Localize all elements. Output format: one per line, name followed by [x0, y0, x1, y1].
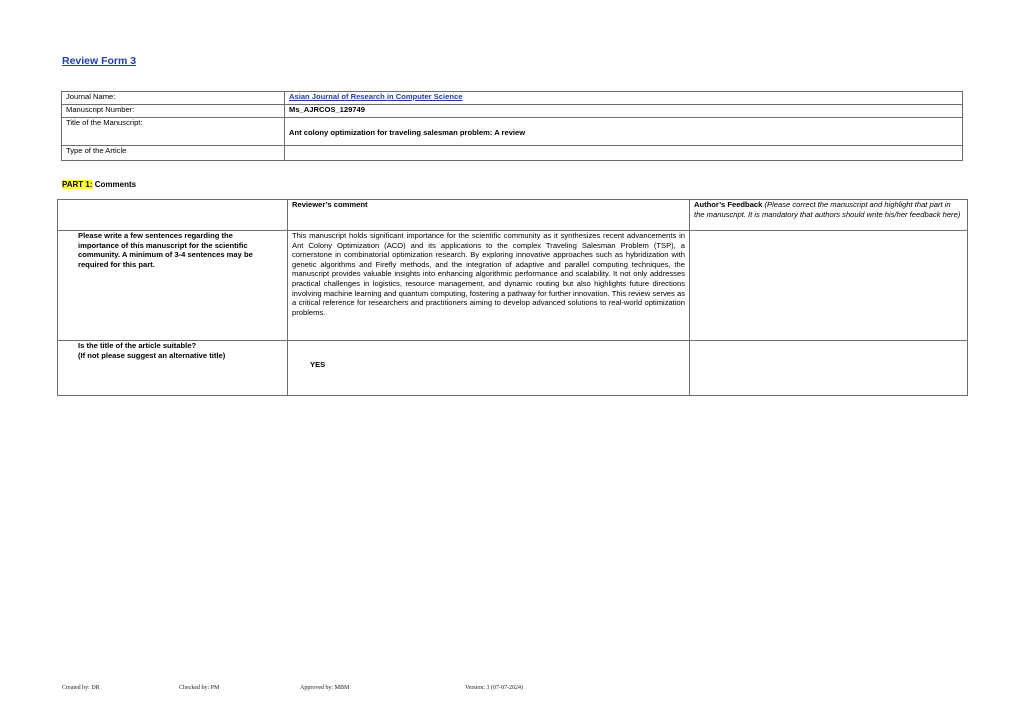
table-row: Manuscript Number: Ms_AJRCOS_129749	[62, 105, 963, 118]
manuscript-number-label: Manuscript Number:	[62, 105, 285, 118]
table-row: Journal Name: Asian Journal of Research …	[62, 92, 963, 105]
table-row: Type of the Article	[62, 146, 963, 161]
table-header-row: Reviewer’s comment Author’s Feedback (Pl…	[58, 200, 968, 231]
manuscript-title-value: Ant colony optimization for traveling sa…	[289, 118, 958, 138]
form-title: Review Form 3	[62, 55, 136, 67]
importance-question: Please write a few sentences regarding t…	[58, 231, 288, 341]
manuscript-title-label: Title of the Manuscript:	[62, 118, 285, 146]
journal-name-value: Asian Journal of Research in Computer Sc…	[285, 92, 963, 105]
part1-heading: PART 1: Comments	[62, 180, 136, 189]
footer-checked-by: Checked by: PM	[179, 685, 219, 691]
title-suitability-question: Is the title of the article suitable?(If…	[58, 341, 288, 396]
empty-header-cell	[58, 200, 288, 231]
table-row: Is the title of the article suitable?(If…	[58, 341, 968, 396]
reviewer-comment-header: Reviewer’s comment	[288, 200, 690, 231]
author-feedback-title: Author’s Feedback	[694, 200, 762, 209]
part1-title: Comments	[95, 180, 136, 189]
importance-comment: This manuscript holds significant import…	[288, 231, 690, 341]
title-question-line2: (If not please suggest an alternative ti…	[78, 351, 275, 361]
article-type-label: Type of the Article	[62, 146, 285, 161]
title-question-line1: Is the title of the article suitable?	[78, 341, 275, 351]
manuscript-title-cell: Ant colony optimization for traveling sa…	[285, 118, 963, 146]
manuscript-info-table: Journal Name: Asian Journal of Research …	[61, 91, 963, 161]
title-suitability-answer: YES	[292, 341, 685, 370]
title-suitability-feedback[interactable]	[690, 341, 968, 396]
author-feedback-header: Author’s Feedback (Please correct the ma…	[690, 200, 968, 231]
manuscript-number-value: Ms_AJRCOS_129749	[285, 105, 963, 118]
table-row: Title of the Manuscript: Ant colony opti…	[62, 118, 963, 146]
footer-created-by: Created by: DR	[62, 685, 100, 691]
journal-name-link[interactable]: Asian Journal of Research in Computer Sc…	[289, 92, 462, 101]
part1-prefix: PART 1:	[62, 180, 93, 189]
journal-name-label: Journal Name:	[62, 92, 285, 105]
comments-table: Reviewer’s comment Author’s Feedback (Pl…	[57, 199, 968, 396]
footer-version: Version: 3 (07-07-2024)	[465, 685, 523, 691]
table-row: Please write a few sentences regarding t…	[58, 231, 968, 341]
importance-feedback[interactable]	[690, 231, 968, 341]
article-type-value	[285, 146, 963, 161]
footer-approved-by: Approved by: MBM	[300, 685, 349, 691]
title-suitability-comment-cell: YES	[288, 341, 690, 396]
